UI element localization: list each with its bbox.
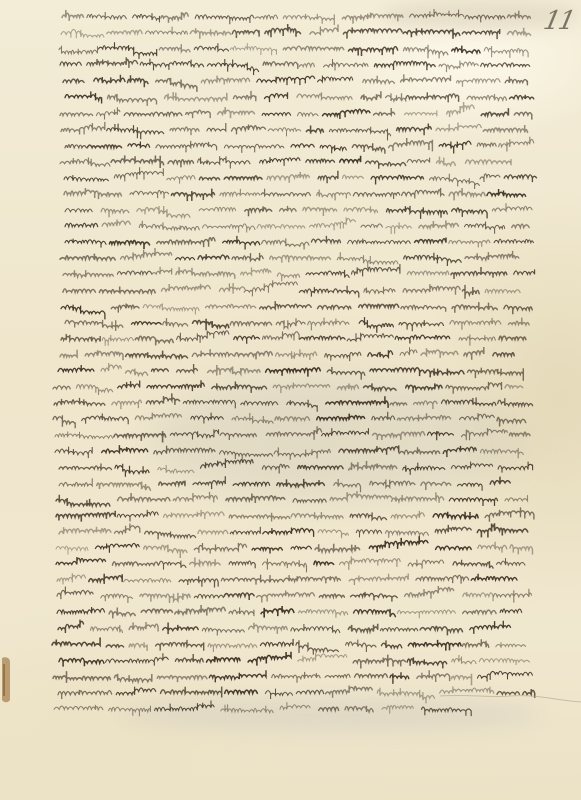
script-line xyxy=(60,153,525,169)
script-line xyxy=(60,56,527,72)
script-line xyxy=(65,233,531,249)
script-line xyxy=(61,298,531,314)
script-line xyxy=(54,394,529,410)
script-line xyxy=(60,249,527,265)
script-line xyxy=(63,265,531,281)
script-line xyxy=(59,459,532,475)
script-line xyxy=(58,620,525,636)
script-line xyxy=(59,40,526,56)
handwritten-text-block xyxy=(0,0,581,800)
manuscript-page: 11 xyxy=(0,0,581,800)
script-line xyxy=(59,475,524,491)
script-line xyxy=(59,652,526,668)
script-line xyxy=(61,121,531,137)
script-line xyxy=(64,185,535,201)
parchment-crease xyxy=(440,690,581,710)
script-line xyxy=(53,410,524,426)
script-line xyxy=(56,555,525,571)
script-line xyxy=(56,539,530,555)
script-line xyxy=(63,282,526,298)
script-line xyxy=(59,523,524,539)
script-line xyxy=(61,24,528,40)
script-line xyxy=(65,88,531,104)
script-line xyxy=(65,314,526,330)
script-line xyxy=(56,507,530,523)
script-line xyxy=(57,571,533,587)
script-line xyxy=(65,201,529,217)
script-line xyxy=(57,587,529,603)
script-line xyxy=(65,137,534,153)
script-line xyxy=(62,8,529,24)
script-line xyxy=(58,362,526,378)
script-line xyxy=(54,700,470,716)
script-line xyxy=(60,105,528,121)
script-line xyxy=(55,443,528,459)
script-line xyxy=(64,169,534,185)
script-line xyxy=(53,668,531,684)
script-line xyxy=(56,491,526,507)
script-line xyxy=(55,426,529,442)
script-line xyxy=(53,378,535,394)
script-line xyxy=(61,330,526,346)
initial-ornament-icon xyxy=(0,656,12,704)
script-line xyxy=(63,72,525,88)
script-line xyxy=(65,217,528,233)
script-line xyxy=(52,636,525,652)
script-line xyxy=(60,346,529,362)
script-line xyxy=(57,603,530,619)
